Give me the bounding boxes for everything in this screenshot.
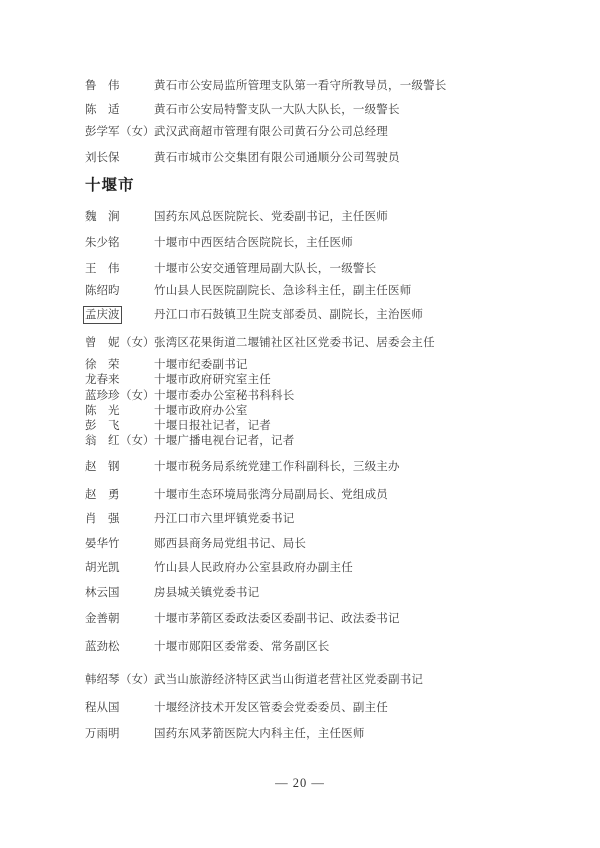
person-name: 肖 强 [85, 512, 120, 526]
position-desc: 郧西县商务局党组书记、局长 [154, 537, 306, 551]
position-desc: 十堰市政府办公室 [154, 404, 248, 418]
list-item: 鲁 伟黄石市公安局监所管理支队第一看守所教导员，一级警长 [85, 79, 565, 93]
position-desc: 国药东风茅箭医院大内科主任，主任医师 [154, 727, 365, 741]
person-name: 万雨明 [85, 727, 120, 741]
list-item: 金善朝十堰市茅箭区委政法委区委副书记、政法委书记 [85, 612, 565, 626]
list-item: 孟庆波丹江口市石鼓镇卫生院支部委员、副院长，主治医师 [85, 308, 565, 322]
position-desc: 竹山县人民政府办公室县政府办副主任 [154, 561, 353, 575]
person-name: 金善朝 [85, 612, 120, 626]
list-item: 陈 光十堰市政府办公室 [85, 404, 565, 418]
person-name: 程从国 [85, 701, 120, 715]
person-name: 王 伟 [85, 262, 120, 276]
list-item: 陈 适黄石市公安局特警支队一大队大队长，一级警长 [85, 103, 565, 117]
person-name: 徐 荣 [85, 358, 120, 372]
person-name: 赵 钢 [85, 460, 120, 474]
person-name-boxed: 孟庆波 [85, 308, 120, 322]
person-name: 魏 涧 [85, 210, 120, 224]
list-item: 赵 钢十堰市税务局系统党建工作科副科长，三级主办 [85, 460, 565, 474]
person-name: 胡光凯 [85, 561, 120, 575]
gender-marker: （女） [120, 389, 154, 403]
position-desc: 黄石市公安局特警支队一大队大队长，一级警长 [154, 103, 400, 117]
list-item: 刘长保黄石市城市公交集团有限公司通顺分公司驾驶员 [85, 151, 565, 165]
document-page: 鲁 伟黄石市公安局监所管理支队第一看守所教导员，一级警长 陈 适黄石市公安局特警… [0, 0, 600, 848]
position-desc: 十堰市纪委副书记 [154, 358, 248, 372]
person-name: 鲁 伟 [85, 79, 120, 93]
list-item: 韩绍琴（女）武当山旅游经济特区武当山街道老营社区党委副书记 [85, 673, 565, 687]
position-desc: 十堰市政府研究室主任 [154, 373, 271, 387]
position-desc: 十堰市中西医结合医院院长，主任医师 [154, 236, 353, 250]
person-name: 晏华竹 [85, 537, 120, 551]
person-name: 陈 适 [85, 103, 120, 117]
position-desc: 十堰日报社记者，记者 [154, 419, 271, 433]
position-desc: 房县城关镇党委书记 [154, 586, 259, 600]
person-name: 陈绍昀 [85, 284, 120, 298]
position-desc: 黄石市城市公交集团有限公司通顺分公司驾驶员 [154, 151, 400, 165]
person-name: 韩绍琴 [85, 673, 120, 687]
list-item: 朱少铭十堰市中西医结合医院院长，主任医师 [85, 236, 565, 250]
position-desc: 武当山旅游经济特区武当山街道老营社区党委副书记 [154, 673, 423, 687]
person-name: 彭学军 [85, 125, 120, 139]
list-item: 彭 飞十堰日报社记者，记者 [85, 419, 565, 433]
list-item: 彭学军（女）武汉武商超市管理有限公司黄石分公司总经理 [85, 125, 565, 139]
list-item: 翁 红（女）十堰广播电视台记者，记者 [85, 434, 565, 448]
position-desc: 黄石市公安局监所管理支队第一看守所教导员，一级警长 [154, 79, 447, 93]
person-name: 翁 红 [85, 434, 120, 448]
position-desc: 十堰市茅箭区委政法委区委副书记、政法委书记 [154, 612, 400, 626]
person-name: 曾 妮 [85, 336, 120, 350]
person-name: 蓝劲松 [85, 640, 120, 654]
position-desc: 十堰经济技术开发区管委会党委委员、副主任 [154, 701, 388, 715]
list-item: 肖 强丹江口市六里坪镇党委书记 [85, 512, 565, 526]
list-item: 曾 妮（女）张湾区花果街道二堰铺社区社区党委书记、居委会主任 [85, 336, 565, 350]
list-item: 晏华竹郧西县商务局党组书记、局长 [85, 537, 565, 551]
position-desc: 十堰市公安交通管理局副大队长，一级警长 [154, 262, 376, 276]
list-item: 胡光凯竹山县人民政府办公室县政府办副主任 [85, 561, 565, 575]
person-name: 彭 飞 [85, 419, 120, 433]
list-item: 蓝珍珍（女）十堰市委办公室秘书科科长 [85, 389, 565, 403]
person-name: 赵 勇 [85, 488, 120, 502]
list-item: 徐 荣十堰市纪委副书记 [85, 358, 565, 372]
list-item: 龙春来十堰市政府研究室主任 [85, 373, 565, 387]
person-name: 蓝珍珍 [85, 389, 120, 403]
gender-marker: （女） [120, 125, 154, 139]
gender-marker: （女） [120, 336, 154, 350]
position-desc: 十堰市税务局系统党建工作科副科长，三级主办 [154, 460, 400, 474]
person-name: 林云国 [85, 586, 120, 600]
position-desc: 丹江口市石鼓镇卫生院支部委员、副院长，主治医师 [154, 308, 423, 322]
gender-marker: （女） [120, 673, 154, 687]
position-desc: 张湾区花果街道二堰铺社区社区党委书记、居委会主任 [154, 336, 435, 350]
gender-marker: （女） [120, 434, 154, 448]
list-item: 陈绍昀竹山县人民医院副院长、急诊科主任，副主任医师 [85, 284, 565, 298]
person-name: 龙春来 [85, 373, 120, 387]
position-desc: 十堰市郧阳区委常委、常务副区长 [154, 640, 330, 654]
person-name: 陈 光 [85, 404, 120, 418]
list-item: 程从国十堰经济技术开发区管委会党委委员、副主任 [85, 701, 565, 715]
position-desc: 丹江口市六里坪镇党委书记 [154, 512, 294, 526]
list-item: 王 伟十堰市公安交通管理局副大队长，一级警长 [85, 262, 565, 276]
list-item: 林云国房县城关镇党委书记 [85, 586, 565, 600]
position-desc: 十堰市委办公室秘书科科长 [154, 389, 294, 403]
list-item: 蓝劲松十堰市郧阳区委常委、常务副区长 [85, 640, 565, 654]
position-desc: 国药东风总医院院长、党委副书记，主任医师 [154, 210, 388, 224]
position-desc: 十堰广播电视台记者，记者 [154, 434, 294, 448]
list-item: 魏 涧国药东风总医院院长、党委副书记，主任医师 [85, 210, 565, 224]
position-desc: 十堰市生态环境局张湾分局副局长、党组成员 [154, 488, 388, 502]
section-header-shiyan: 十堰市 [85, 173, 135, 195]
person-name: 刘长保 [85, 151, 120, 165]
list-item: 赵 勇十堰市生态环境局张湾分局副局长、党组成员 [85, 488, 565, 502]
list-item: 万雨明国药东风茅箭医院大内科主任，主任医师 [85, 727, 565, 741]
person-name: 朱少铭 [85, 236, 120, 250]
position-desc: 竹山县人民医院副院长、急诊科主任，副主任医师 [154, 284, 411, 298]
position-desc: 武汉武商超市管理有限公司黄石分公司总经理 [154, 125, 388, 139]
page-number: — 20 — [0, 776, 600, 791]
